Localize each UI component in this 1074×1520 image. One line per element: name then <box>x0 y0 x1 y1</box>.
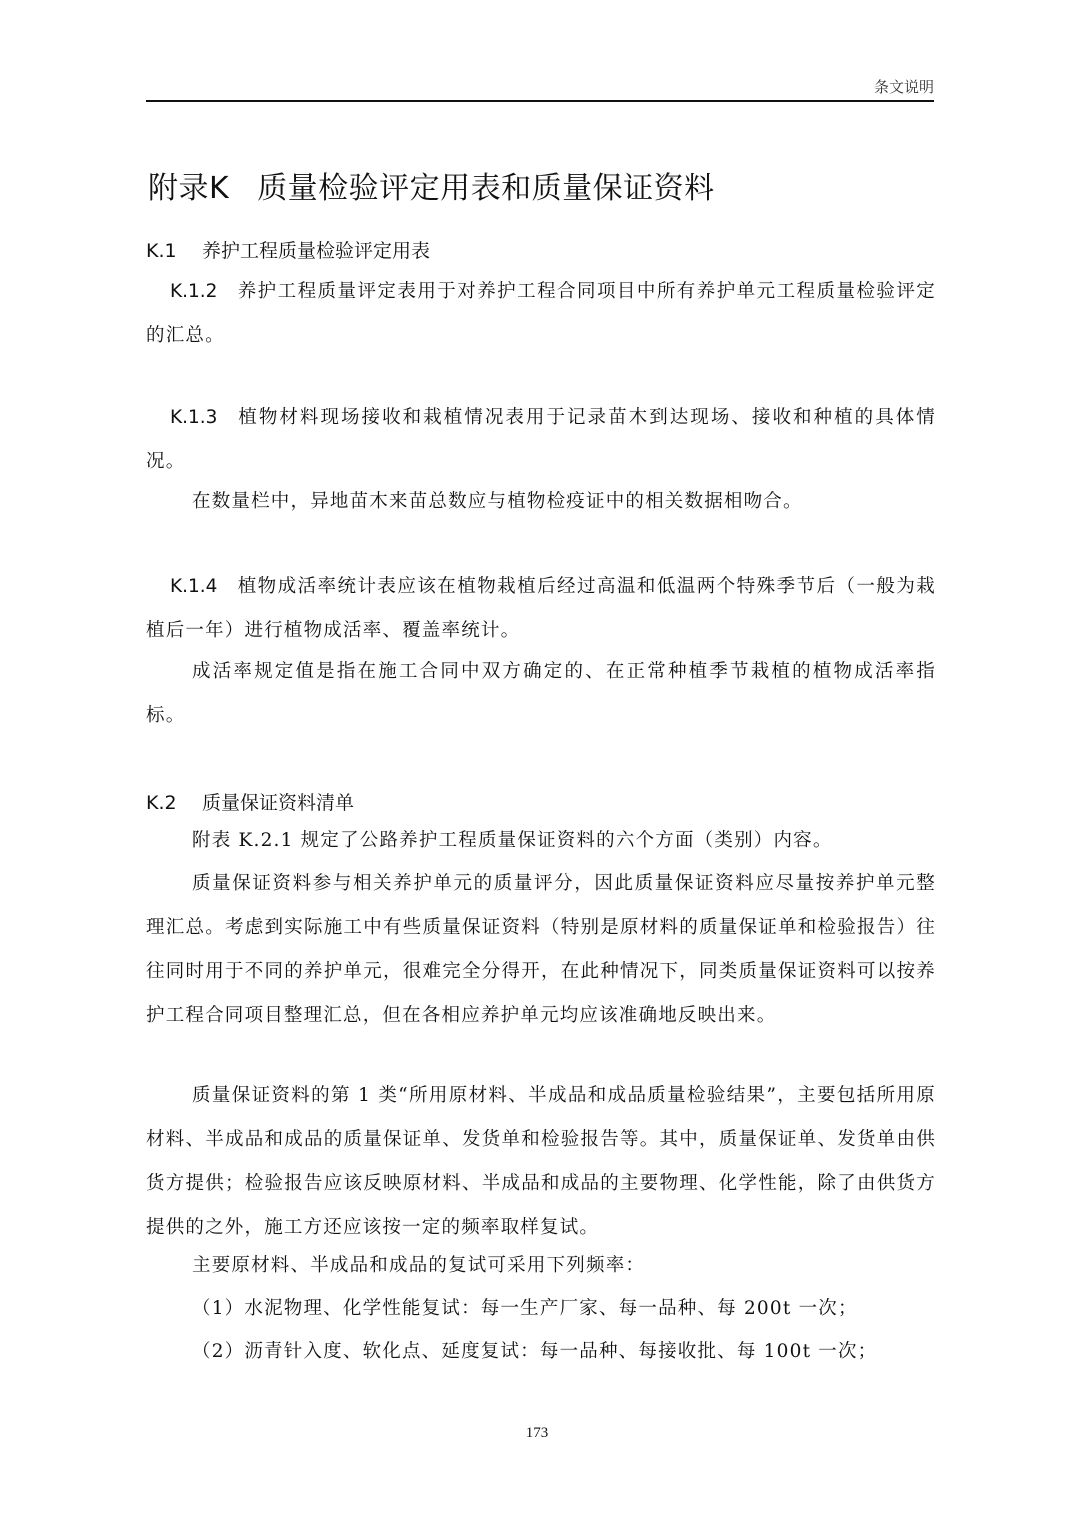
paragraph: 在数量栏中，异地苗木来苗总数应与植物检疫证中的相关数据相吻合。 <box>146 480 936 524</box>
section-heading-k2: K.2质量保证资料清单 <box>146 788 354 815</box>
section-number: K.1 <box>146 240 202 262</box>
appendix-prefix: 附录K <box>148 171 229 206</box>
list-item: （1）水泥物理、化学性能复试：每一生产厂家、每一品种、每 200t 一次； <box>192 1287 952 1331</box>
paragraph: 质量保证资料的第 1 类“所用原材料、半成品和成品质量检验结果”，主要包括所用原… <box>146 1074 936 1250</box>
section-heading-k1: K.1养护工程质量检验评定用表 <box>146 236 430 263</box>
clause-text: 植物材料现场接收和栽植情况表用于记录苗木到达现场、接收和种植的具体情况。 <box>146 407 936 472</box>
paragraph: 主要原材料、半成品和成品的复试可采用下列频率： <box>146 1244 936 1288</box>
clause-number: K.1.4 <box>170 576 217 597</box>
clause-k-1-3: K.1.3植物材料现场接收和栽植情况表用于记录苗木到达现场、接收和种植的具体情况… <box>146 396 936 484</box>
clause-text: 养护工程质量评定表用于对养护工程合同项目中所有养护单元工程质量检验评定的汇总。 <box>146 281 936 346</box>
page-number: 173 <box>0 1425 1074 1442</box>
appendix-title: 附录K质量检验评定用表和质量保证资料 <box>148 163 715 207</box>
paragraph: 成活率规定值是指在施工合同中双方确定的、在正常种植季节栽植的植物成活率指标。 <box>146 650 936 738</box>
paragraph: 附表 K.2.1 规定了公路养护工程质量保证资料的六个方面（类别）内容。 <box>146 819 936 863</box>
running-header: 条文说明 <box>146 76 934 102</box>
section-title: 养护工程质量检验评定用表 <box>202 240 430 262</box>
section-number: K.2 <box>146 792 202 814</box>
list-item: （2）沥青针入度、软化点、延度复试：每一品种、每接收批、每 100t 一次； <box>192 1330 952 1374</box>
clause-number: K.1.2 <box>170 281 217 302</box>
running-title: 条文说明 <box>874 76 934 97</box>
clause-k-1-4: K.1.4植物成活率统计表应该在植物栽植后经过高温和低温两个特殊季节后（一般为栽… <box>146 565 936 653</box>
appendix-title-text: 质量检验评定用表和质量保证资料 <box>257 171 715 206</box>
clause-k-1-2: K.1.2养护工程质量评定表用于对养护工程合同项目中所有养护单元工程质量检验评定… <box>146 270 936 358</box>
section-title: 质量保证资料清单 <box>202 792 354 814</box>
clause-number: K.1.3 <box>170 407 217 428</box>
clause-text: 植物成活率统计表应该在植物栽植后经过高温和低温两个特殊季节后（一般为栽植后一年）… <box>146 576 936 641</box>
paragraph: 质量保证资料参与相关养护单元的质量评分，因此质量保证资料应尽量按养护单元整理汇总… <box>146 862 936 1038</box>
